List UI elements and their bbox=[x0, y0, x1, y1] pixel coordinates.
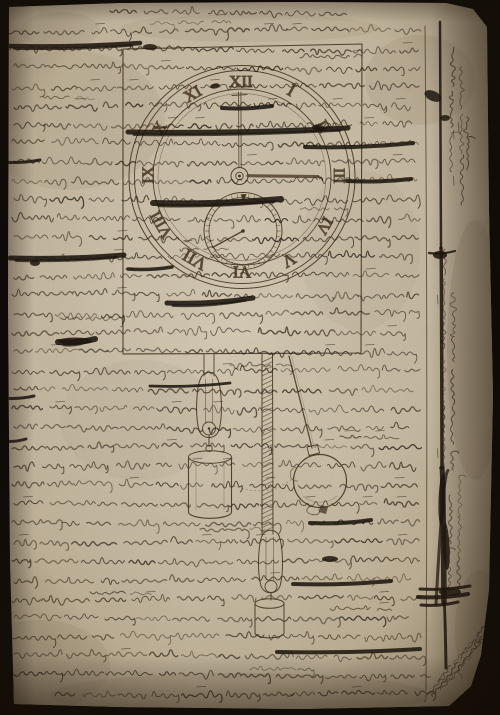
vignette-overlay bbox=[0, 0, 500, 715]
manuscript-photo: XII I II III IV V VI VII VIII IX X XI bbox=[0, 0, 500, 715]
manuscript-scene: XII I II III IV V VI VII VIII IX X XI bbox=[0, 0, 500, 715]
